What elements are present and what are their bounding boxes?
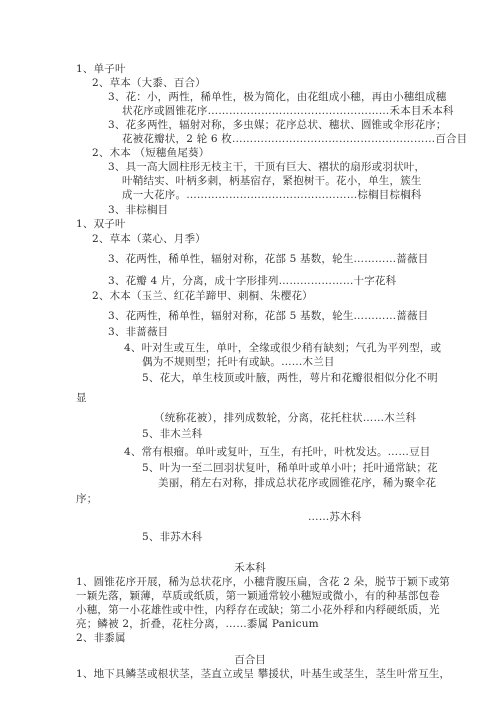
key-line: 状花序或圆锥花序……………………………………………禾本目禾本科 (122, 104, 454, 118)
key-line: 4、常有根瘤。单叶或复叶，互生，有托叶，叶枕发达。……豆目 (124, 445, 430, 459)
section-heading-liliales: 百合目 (0, 653, 500, 667)
key-line: 显 (76, 391, 87, 405)
key-line: 3、非蔷薇目 (108, 325, 168, 339)
key-line: 美丽，稍左右对称，排成总状花序或圆锥花序，稀为聚伞花 (158, 476, 436, 490)
key-line: （统称花被），排列成数轮，分离，花托柱状……木兰科 (154, 411, 416, 425)
key-line: ……苏木科 (308, 510, 362, 524)
key-line: 5、叶为一至二回羽状复叶，稀单叶或单小叶；托叶通常缺；花 (142, 461, 438, 475)
key-line: 3、花两性，稀单性，辐射对称，花部 5 基数，轮生…………蔷薇目 (108, 252, 428, 266)
key-line: 2、木本（玉兰、红花羊蹄甲、刺桐、朱樱花） (92, 289, 313, 303)
key-line: 偶为不规则型；托叶有或缺。……木兰目 (142, 355, 335, 369)
key-line: 花被花瓣状，2 轮 6 枚…………………………………………………百合目 (122, 132, 467, 146)
key-line: 3、花瓣 4 片，分离，成十字形排列…………………十字花科 (108, 274, 396, 288)
key-line: 2、草本（菜心、月季） (92, 232, 206, 246)
key-line: 4、叶对生或互生，单叶，全缘或很少稍有缺刻；气孔为平列型，或 (124, 341, 441, 355)
key-line: 3、花多两性，辐射对称，多虫媒；花序总状、穗状、圆锥或伞形花序； (108, 118, 447, 132)
key-line: 1、地下具鳞茎或根状茎，茎直立或呈 攀援状，叶基生或茎生，茎生叶常互生， (76, 667, 450, 681)
key-line: 5、花大，单生枝顶或叶腋，两性，萼片和花瓣很相似分化不明 (142, 371, 438, 385)
key-line: 2、草本（大黍、百合） (92, 76, 206, 90)
key-line: 3、非棕榈目 (108, 203, 168, 217)
key-line: 5、非木兰科 (142, 427, 202, 441)
key-line: 1、双子叶 (76, 217, 126, 231)
section-heading-poaceae: 禾本科 (0, 561, 500, 575)
key-line: 3、花：小，两性，稀单性，极为简化，由花组成小穗，再由小穗组成穗 (108, 90, 447, 104)
key-line: 1、单子叶 (76, 62, 126, 76)
key-line: 序； (76, 492, 97, 506)
key-line: 一颖先落，颖薄，草质或纸质，第一颖通常较小穗短或微小，有的种基部包卷 (76, 589, 440, 603)
key-line: 成一大花序。…………………………………………棕榈目棕榈科 (122, 188, 422, 202)
key-line: 2、非黍属 (76, 631, 126, 645)
key-line: 叶鞘结实、叶柄多刺，柄基宿存，紧抱树干。花小，单生，簇生 (122, 174, 422, 188)
key-line: 3、具一高大圆柱形无枝主干，干顶有巨大、褶状的扇形或羽状叶， (108, 160, 425, 174)
key-line: 3、花两性，稀单性，辐射对称，花部 5 基数，轮生…………蔷薇目 (108, 309, 428, 323)
key-line: 5、非苏木科 (142, 530, 202, 544)
key-line: 亮；鳞被 2，折叠，花柱分离，……黍属 Panicum (76, 617, 319, 631)
key-line: 2、木本 （短穗鱼尾葵） (92, 146, 209, 160)
key-line: 小穗，第一小花雄性或中性，内稃存在或缺；第二小花外稃和内稃硬纸质，光 (76, 603, 440, 617)
document-page: 1、单子叶2、草本（大黍、百合）3、花：小，两性，稀单性，极为简化，由花组成小穗… (0, 0, 500, 708)
key-line: 1、圆锥花序开展，稀为总状花序，小穗背腹压扁，含花 2 朵，脱节于颖下或第 (76, 575, 450, 589)
